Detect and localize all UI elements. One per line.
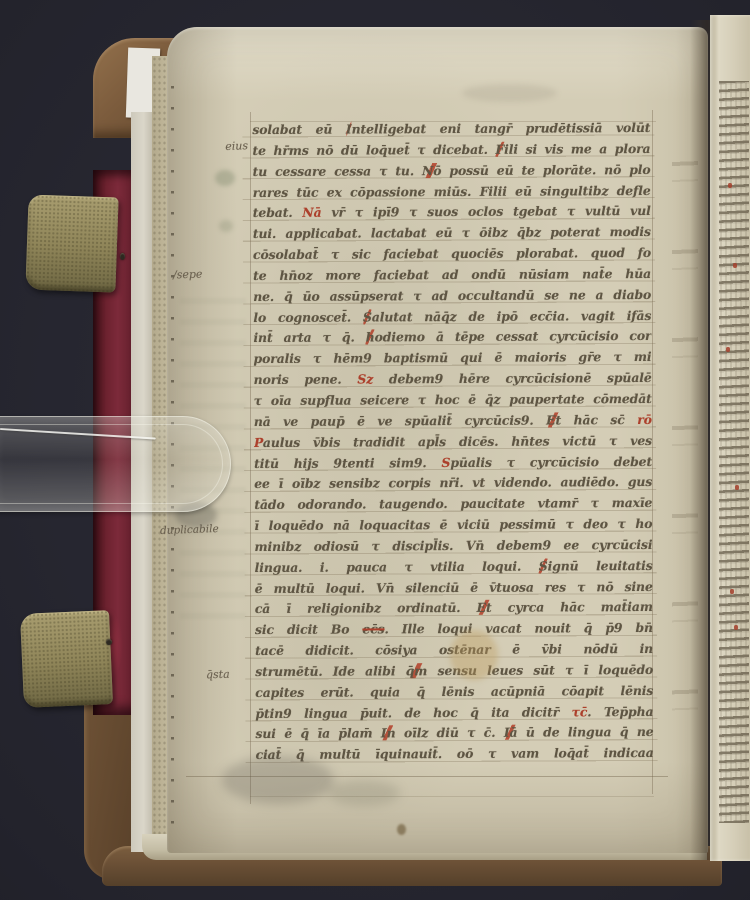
- text-block-area: solabat eū Intelligebat eni tangr̄ prudē…: [244, 118, 659, 776]
- stain: [450, 630, 498, 680]
- rubric-speck: [734, 625, 738, 630]
- rubric-text: rō: [637, 412, 652, 427]
- text-line: tebat. Nā vr̄ τ ipī9 τ suos oclos tgebat…: [253, 201, 651, 224]
- text-line: minibz odiosū τ discipl̄is. Vn̄ debem9 e…: [254, 535, 652, 558]
- text-line: capites erūt. quia q̄ lēnis acūpniā cōap…: [255, 681, 653, 704]
- body-text: int̄ arta τ q̄.: [253, 330, 365, 346]
- body-text: Nō: [422, 163, 441, 178]
- rubric-speck: [728, 183, 732, 188]
- text-line: ī loquēdo nā loquacitas ē viciū pessimū …: [254, 514, 652, 537]
- body-text: possū eū te plorāte. nō plo: [441, 162, 650, 178]
- body-text: q̄m: [406, 663, 428, 678]
- rubric-text: S: [441, 455, 450, 470]
- body-text: S: [539, 558, 548, 573]
- body-text: tebat.: [253, 205, 303, 220]
- body-text: . Ille loqui vacat nouit q̄ p̄9 bn̄: [384, 620, 653, 636]
- body-text: solabat eū: [252, 122, 346, 137]
- text-line: sui ē q̄ īa p̄lam̄ In oīlz diū τ c̄. Iā …: [255, 722, 653, 745]
- text-line: sic dicit Bo ec̄s. Ille loqui vacat noui…: [255, 618, 653, 641]
- body-text: sui ē q̄ īa p̄lam̄: [255, 726, 380, 742]
- text-line: tu cessare cessa τ tu. Nō possū eū te pl…: [253, 160, 651, 183]
- body-text: poralis τ hēm9 baptismū qui ē maioris gr…: [253, 349, 651, 366]
- smudge: [462, 84, 557, 102]
- body-text: minibz odiosū τ discipl̄is. Vn̄ debem9 e…: [254, 537, 652, 554]
- text-line: titū hijs 9tenti sim9. Spūalis τ cyrcūci…: [254, 451, 652, 474]
- body-text: tui. applicabat. lactabat eū τ ōibz q̄bz…: [253, 224, 651, 241]
- text-line: Paulus v̄bis tradidit apl̄s dicēs. hn̄te…: [254, 431, 652, 454]
- rubric-text: Sz: [357, 372, 373, 387]
- body-text: Iā: [504, 725, 518, 740]
- body-text: p̄tin9 lingua p̄uit. de hoc q̄ ita dicit…: [255, 704, 571, 721]
- body-text: ū de lingua q̄ ne: [517, 724, 653, 740]
- text-line: ne. q̄ ūo assūpserat τ ad occultandū se …: [253, 285, 651, 308]
- text-block: solabat eū Intelligebat eni tangr̄ prudē…: [252, 118, 653, 766]
- rubric-text: τc̄: [572, 704, 588, 719]
- text-line: ee ī oībz sensibz corpis nr̄i. vt vidend…: [254, 472, 652, 495]
- rubric-speck: [733, 263, 737, 268]
- body-text: τ oīa supflua seicere τ hoc ē q̄z pauper…: [254, 391, 652, 408]
- text-line: te hn̄oz more faciebat ad ondū nūsiam na…: [253, 264, 651, 287]
- body-text: nā ve paup̄ ē ve spūalit̄ cyrcūcis9.: [254, 412, 546, 429]
- clasp-strap-top: [25, 194, 118, 292]
- clasp-strap-bottom: [20, 610, 113, 708]
- body-text: h: [366, 330, 375, 345]
- text-line: rares tūc ex cōpassione miūs. Filii eū s…: [253, 180, 651, 203]
- text-line: tui. applicabat. lactabat eū τ ōibz q̄bz…: [253, 222, 651, 245]
- body-text: rares tūc ex cōpassione miūs. Filii eū s…: [253, 182, 651, 199]
- rubric-speck: [735, 485, 739, 490]
- text-line: cōsolabat̄ τ sic faciebat quociēs plorab…: [253, 243, 651, 266]
- body-text: vr̄ τ ipī9 τ suos oclos tgebat τ vultū v…: [322, 203, 651, 220]
- text-line: tādo odorando. taugendo. paucitate vtamr…: [254, 493, 652, 516]
- body-text: ignū leuitatis: [548, 558, 653, 574]
- body-text: capites erūt. quia q̄ lēnis acūpniā cōap…: [255, 683, 653, 700]
- body-text: ē multū loqui. Vn̄ silenciū ē v̄tuosa re…: [255, 579, 653, 596]
- body-text: noris pene.: [254, 372, 358, 388]
- text-line: te hr̄ms nō dū loq̄uet̄ τ dicebat. Fili …: [252, 139, 650, 162]
- text-line: lingua. i. pauca τ vtilia loqui. Signū l…: [255, 556, 653, 579]
- body-text: Et: [477, 600, 492, 615]
- clasp-nail-top: [120, 253, 125, 260]
- facing-page-text: [719, 81, 749, 823]
- text-line: p̄tin9 lingua p̄uit. de hoc q̄ ita dicit…: [255, 702, 653, 725]
- text-line: cā ī religionibz ordinatū. Et cyrca hāc …: [255, 597, 653, 620]
- body-text: oīlz diū τ c̄.: [395, 725, 503, 741]
- body-text: strumētū. Ide alibi: [255, 663, 406, 679]
- manuscript-photo: solabat eū Intelligebat eni tangr̄ prudē…: [0, 0, 750, 900]
- body-text: alutat nāq̄z de ipō ecc̄ia. vagit ifās: [372, 308, 652, 324]
- body-text: . Tep̄pha: [587, 704, 653, 719]
- body-text: hāc sc̄: [561, 412, 637, 427]
- transparent-page-holder: [0, 416, 231, 512]
- margin-note-qsta: q̄sta: [206, 668, 230, 682]
- body-text: pūalis τ cyrcūcisio debet: [450, 453, 652, 469]
- facing-page-edge: [710, 15, 750, 861]
- rubric-text: P: [254, 435, 263, 450]
- body-text: Et: [546, 412, 561, 427]
- rubric-speck: [730, 589, 734, 594]
- body-text: lingua. i. pauca τ vtilia loqui.: [255, 558, 539, 574]
- rubric-speck: [726, 347, 730, 352]
- text-line: lo cognoscet̄. Salutat nāq̄z de ipō ecc̄…: [253, 306, 651, 329]
- body-text: ee ī oībz sensibz corpis nr̄i. vt vidend…: [254, 474, 652, 491]
- text-line: solabat eū Intelligebat eni tangr̄ prudē…: [252, 118, 650, 141]
- body-text: odiemo ā tēpe cessat cyrcūcisio cor: [375, 328, 652, 344]
- clasp-nail-bottom: [106, 639, 112, 645]
- body-text: aulus v̄bis tradidit apl̄s dicēs. hn̄tes…: [263, 433, 652, 450]
- body-text: ntelligebat eni tangr̄ prudētissiā volūt: [352, 120, 651, 137]
- stain: [219, 220, 233, 232]
- body-text: ne. q̄ ūo assūpserat τ ad occultandū se …: [253, 287, 651, 304]
- stain: [215, 170, 235, 186]
- text-line: τ oīa supflua seicere τ hoc ē q̄z pauper…: [254, 389, 652, 412]
- body-text: tu cessare cessa τ tu.: [253, 163, 423, 179]
- text-line: poralis τ hēm9 baptismū qui ē maioris gr…: [253, 347, 651, 370]
- text-line: ē multū loqui. Vn̄ silenciū ē v̄tuosa re…: [255, 577, 653, 600]
- smudge: [222, 756, 334, 804]
- body-text: te hr̄ms nō dū loq̄uet̄ τ dicebat.: [252, 142, 495, 158]
- body-text: sic dicit Bo: [255, 622, 363, 638]
- body-text: te hn̄oz more faciebat ad ondū nūsiam na…: [253, 266, 651, 283]
- smudge: [328, 780, 400, 806]
- body-text: cōsolabat̄ τ sic faciebat quociēs plorab…: [253, 245, 651, 262]
- body-text: F: [495, 142, 504, 157]
- body-text: ec̄s: [362, 622, 384, 637]
- text-line: noris pene. Sz debem9 hēre cyrcūcisionē …: [254, 368, 652, 391]
- body-text: ciat̄ q̄ multū īquinauit̄. oō τ vam loq̄…: [256, 745, 654, 762]
- body-text: In: [381, 726, 396, 741]
- body-text: debem9 hēre cyrcūcisionē spūalē: [373, 370, 652, 386]
- body-text: ili si vis me a plora: [504, 141, 650, 157]
- body-text: ī loquēdo nā loquacitas ē viciū pessimū …: [254, 516, 652, 533]
- stain: [397, 824, 406, 835]
- body-text: tādo odorando. taugendo. paucitate vtamr…: [254, 495, 652, 512]
- text-line: int̄ arta τ q̄. hodiemo ā tēpe cessat cy…: [253, 326, 651, 349]
- rubric-text: Nā: [302, 205, 321, 220]
- margin-note-eius: eius: [202, 139, 248, 154]
- text-line: nā ve paup̄ ē ve spūalit̄ cyrcūcis9. Et …: [254, 410, 652, 433]
- body-text: titū hijs 9tenti sim9.: [254, 455, 441, 471]
- body-text: cā ī religionibz ordinatū.: [255, 600, 477, 616]
- body-text: cyrca hāc mat̄iam: [492, 599, 653, 615]
- body-text: lo cognoscet̄.: [253, 309, 363, 325]
- margin-note-sepe: /sepe: [173, 267, 203, 281]
